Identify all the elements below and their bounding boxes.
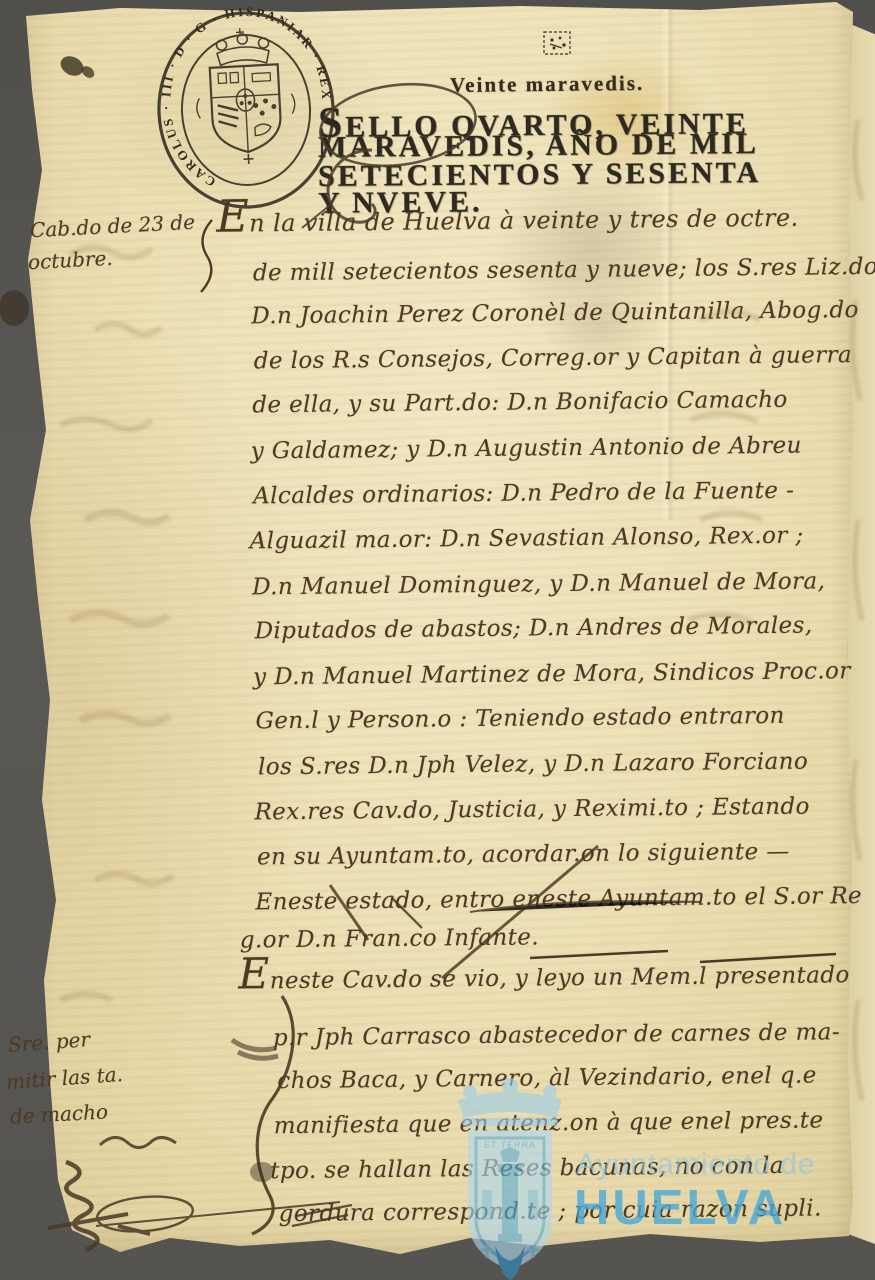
manuscript-line: Eneste Cav.do se vio, y leyo un Mem.l pr… [238,962,850,994]
manuscript-line: Diputados de abastos; D.n Andres de Mora… [254,613,812,645]
manuscript-line: y Galdamez; y D.n Augustin Antonio de Ab… [251,433,802,465]
manuscript-line: Alcaldes ordinarios: D.n Pedro de la Fue… [253,478,794,510]
manuscript-line: chos Baca, y Carnero, àl Vezindario, ene… [277,1063,817,1095]
manuscript-line: p.r Jph Carrasco abastecedor de carnes d… [273,1019,840,1051]
manuscript-line: y D.n Manuel Martinez de Mora, Sindicos … [253,658,851,690]
manuscript-line: de mill setecientos sesenta y nueve; los… [253,254,875,287]
manuscript-line: g.or D.n Fran.co Infante. [240,924,539,953]
manuscript-line: de los R.s Consejos, Correg.or y Capitan… [254,342,853,374]
manuscript-body: En la villa de Huelva à veinte y tres de… [0,0,875,1280]
manuscript-line: D.n Manuel Dominguez, y D.n Manuel de Mo… [252,568,825,600]
manuscript-line: D.n Joachin Perez Coronèl de Quintanilla… [251,297,859,329]
manuscript-line: los S.res D.n Jph Velez, y D.n Lazaro Fo… [258,749,808,781]
manuscript-line: de ella, y su Part.do: D.n Bonifacio Cam… [252,387,788,419]
watermark-huelva-text: HUELVA [574,1180,786,1236]
manuscript-line: Rex.res Cav.do, Justicia, y Reximi.to ; … [254,794,809,826]
manuscript-line: Gen.l y Person.o : Teniendo estado entra… [255,703,784,735]
scanned-manuscript-page: { "document": { "seal": { "legend": "CAR… [0,0,875,1280]
manuscript-line: manifiesta que en atenz.on à que enel pr… [274,1107,824,1139]
manuscript-line: En la villa de Huelva à veinte y tres de… [216,204,798,238]
manuscript-line: en su Ayuntam.to, acordar.on lo siguient… [257,839,790,871]
watermark-ayuntamiento-text: Ayuntamiento de [576,1148,816,1182]
manuscript-line: Alguazil ma.or: D.n Sevastian Alonso, Re… [250,523,804,555]
manuscript-line: Eneste estado, entro eneste Ayuntam.to e… [255,883,862,915]
